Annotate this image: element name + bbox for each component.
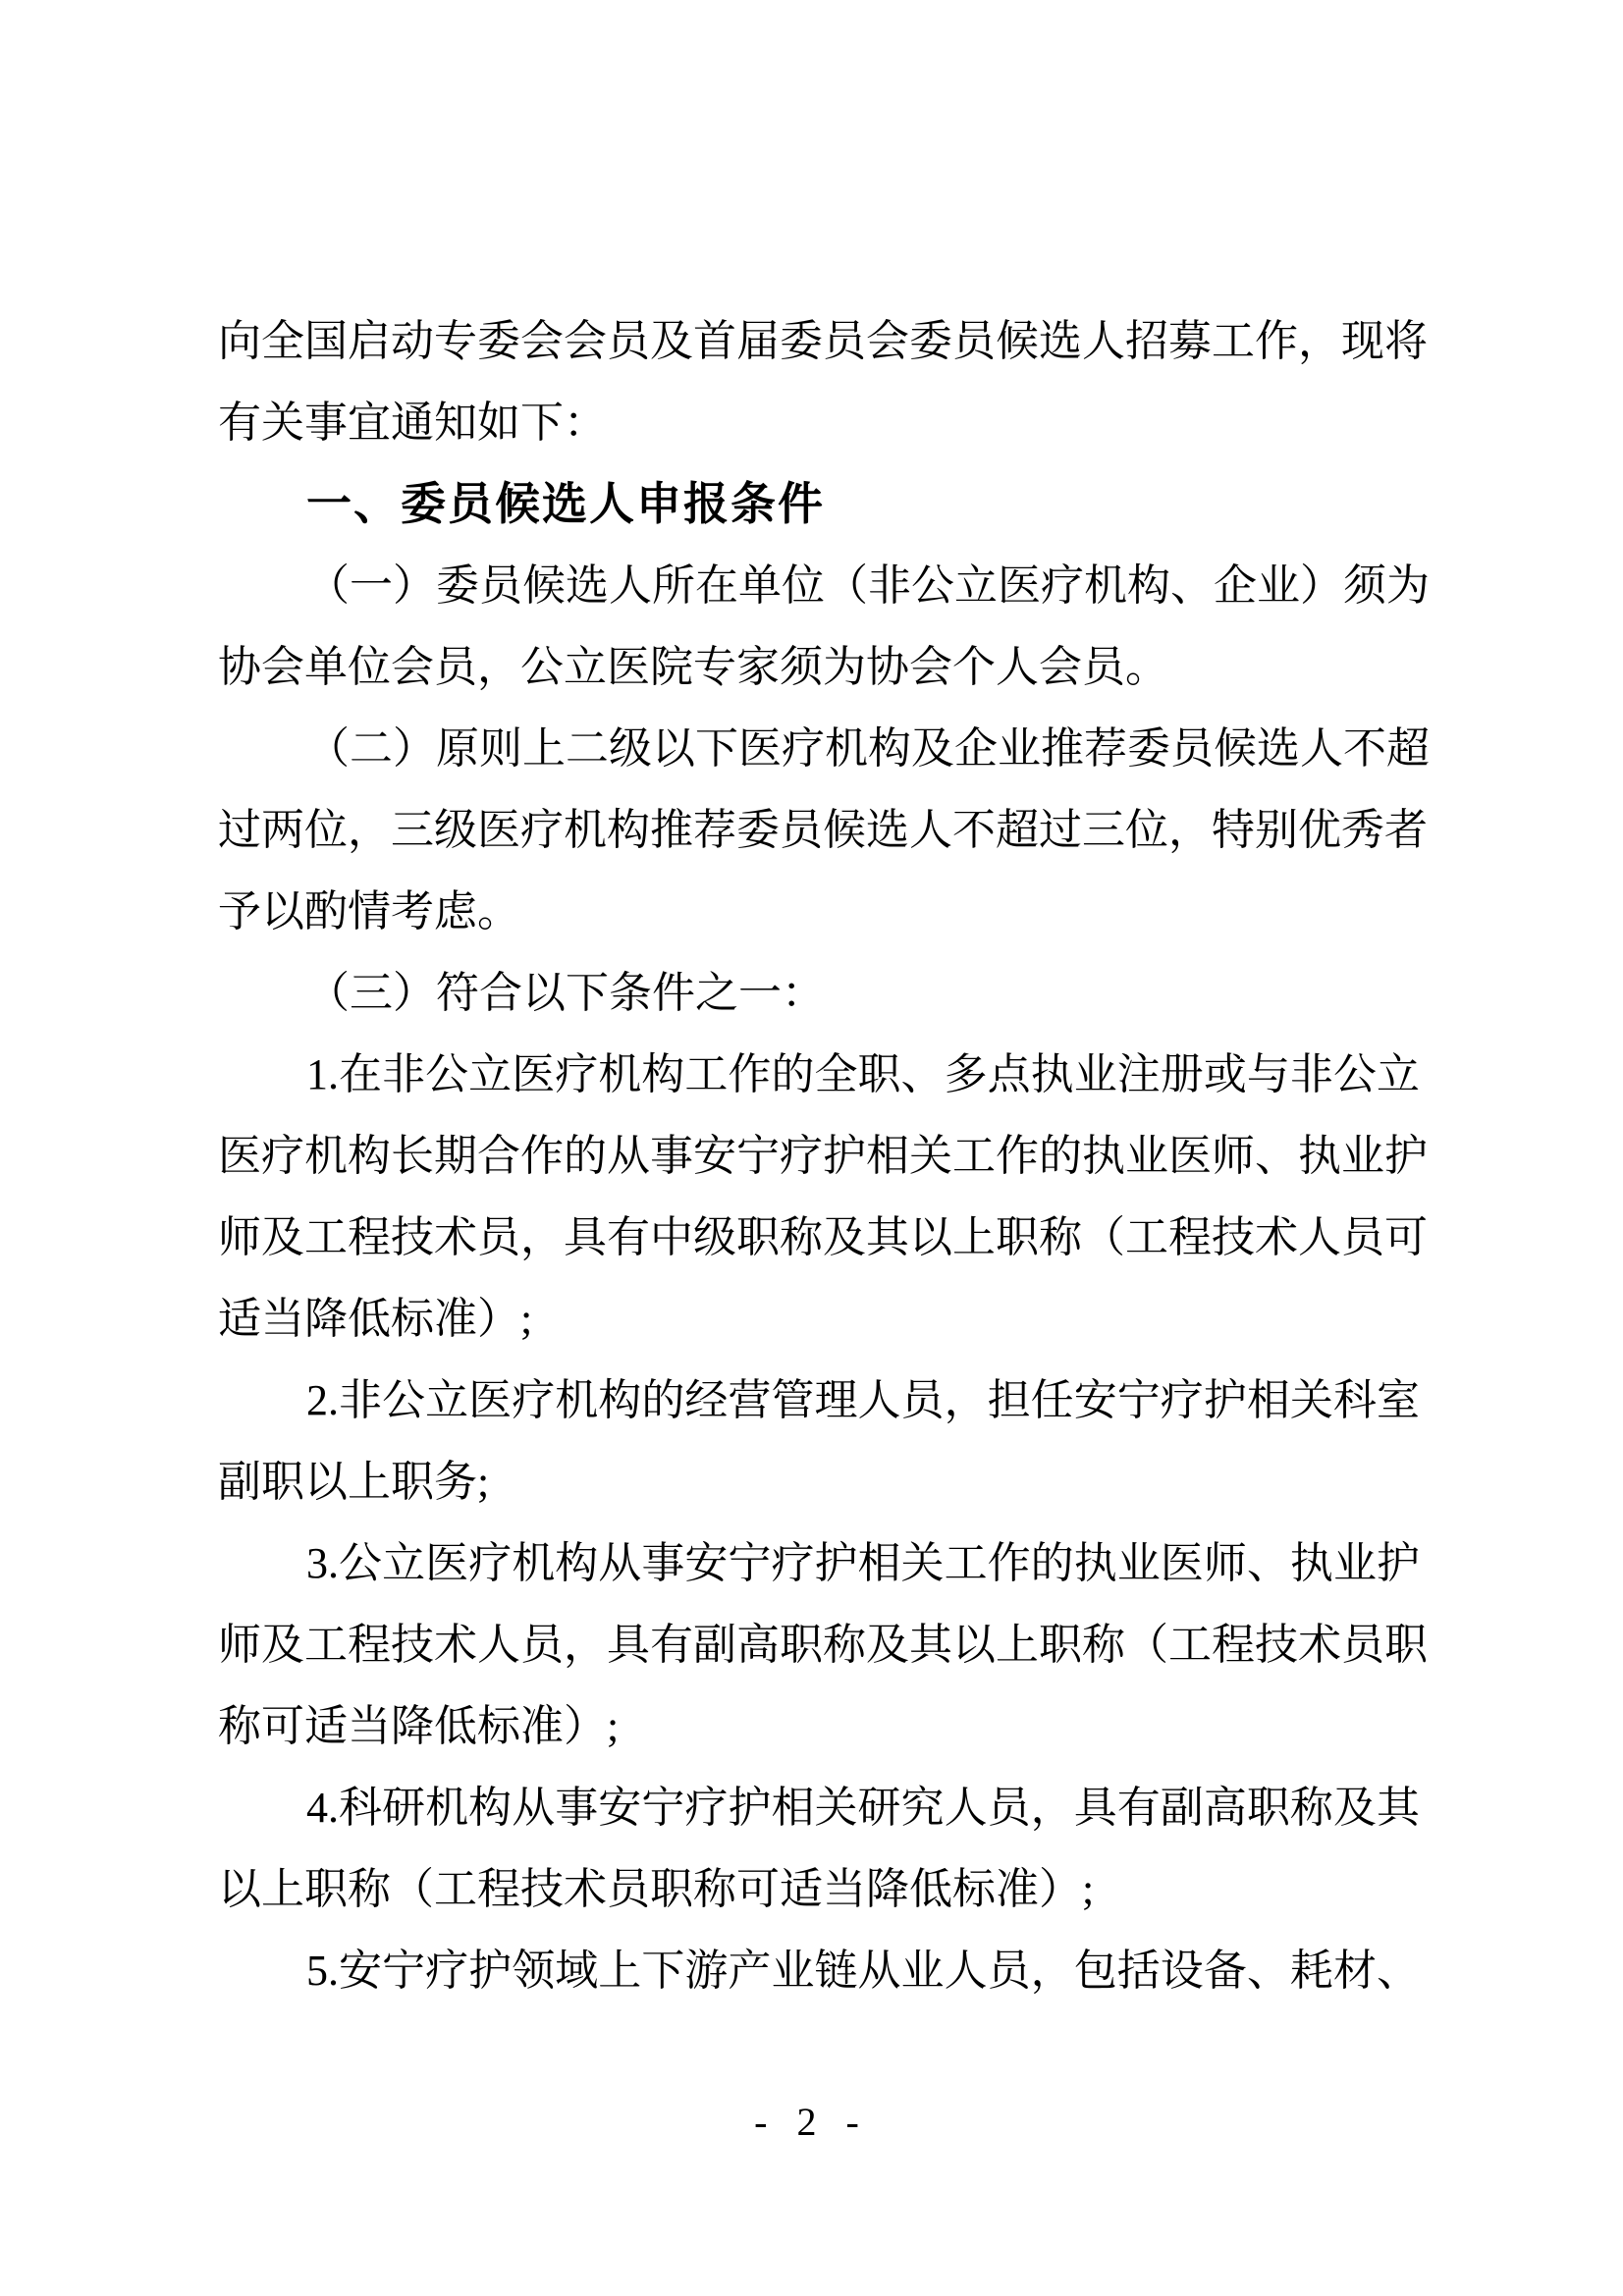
page-number: - 2 - bbox=[0, 2099, 1623, 2145]
document-body: 向全国启动专委会会员及首届委员会委员候选人招募工作，现将 有关事宜通知如下： 一… bbox=[218, 300, 1420, 2011]
paragraph-line: 予以酌情考虑。 bbox=[218, 871, 1420, 952]
paragraph-line: 协会单位会员，公立医院专家须为协会个人会员。 bbox=[218, 626, 1420, 708]
paragraph-line: （二）原则上二级以下医疗机构及企业推荐委员候选人不超 bbox=[218, 708, 1420, 789]
section-heading: 一、委员候选人申报条件 bbox=[218, 463, 1420, 545]
paragraph-line: 适当降低标准）; bbox=[218, 1278, 1420, 1360]
document-page: { "styles": { "background": "#ffffff", "… bbox=[0, 0, 1623, 2296]
paragraph-line: 有关事宜通知如下： bbox=[218, 382, 1420, 463]
paragraph-line: （一）委员候选人所在单位（非公立医疗机构、企业）须为 bbox=[218, 545, 1420, 626]
paragraph-line: 1.在非公立医疗机构工作的全职、多点执业注册或与非公立 bbox=[218, 1034, 1420, 1115]
paragraph-line: 2.非公立医疗机构的经营管理人员，担任安宁疗护相关科室 bbox=[218, 1360, 1420, 1441]
paragraph-line: 称可适当降低标准）; bbox=[218, 1685, 1420, 1767]
paragraph-line: 医疗机构长期合作的从事安宁疗护相关工作的执业医师、执业护 bbox=[218, 1115, 1420, 1197]
paragraph-line: 过两位，三级医疗机构推荐委员候选人不超过三位，特别优秀者 bbox=[218, 789, 1420, 871]
paragraph-line: 师及工程技术员，具有中级职称及其以上职称（工程技术人员可 bbox=[218, 1197, 1420, 1278]
paragraph-line: （三）符合以下条件之一： bbox=[218, 952, 1420, 1034]
paragraph-line: 3.公立医疗机构从事安宁疗护相关工作的执业医师、执业护 bbox=[218, 1522, 1420, 1604]
paragraph-line: 以上职称（工程技术员职称可适当降低标准）; bbox=[218, 1848, 1420, 1930]
paragraph-line: 副职以上职务; bbox=[218, 1441, 1420, 1522]
paragraph-line: 向全国启动专委会会员及首届委员会委员候选人招募工作，现将 bbox=[218, 300, 1420, 382]
paragraph-line: 5.安宁疗护领域上下游产业链从业人员，包括设备、耗材、 bbox=[218, 1930, 1420, 2011]
paragraph-line: 4.科研机构从事安宁疗护相关研究人员，具有副高职称及其 bbox=[218, 1767, 1420, 1848]
paragraph-line: 师及工程技术人员，具有副高职称及其以上职称（工程技术员职 bbox=[218, 1604, 1420, 1685]
